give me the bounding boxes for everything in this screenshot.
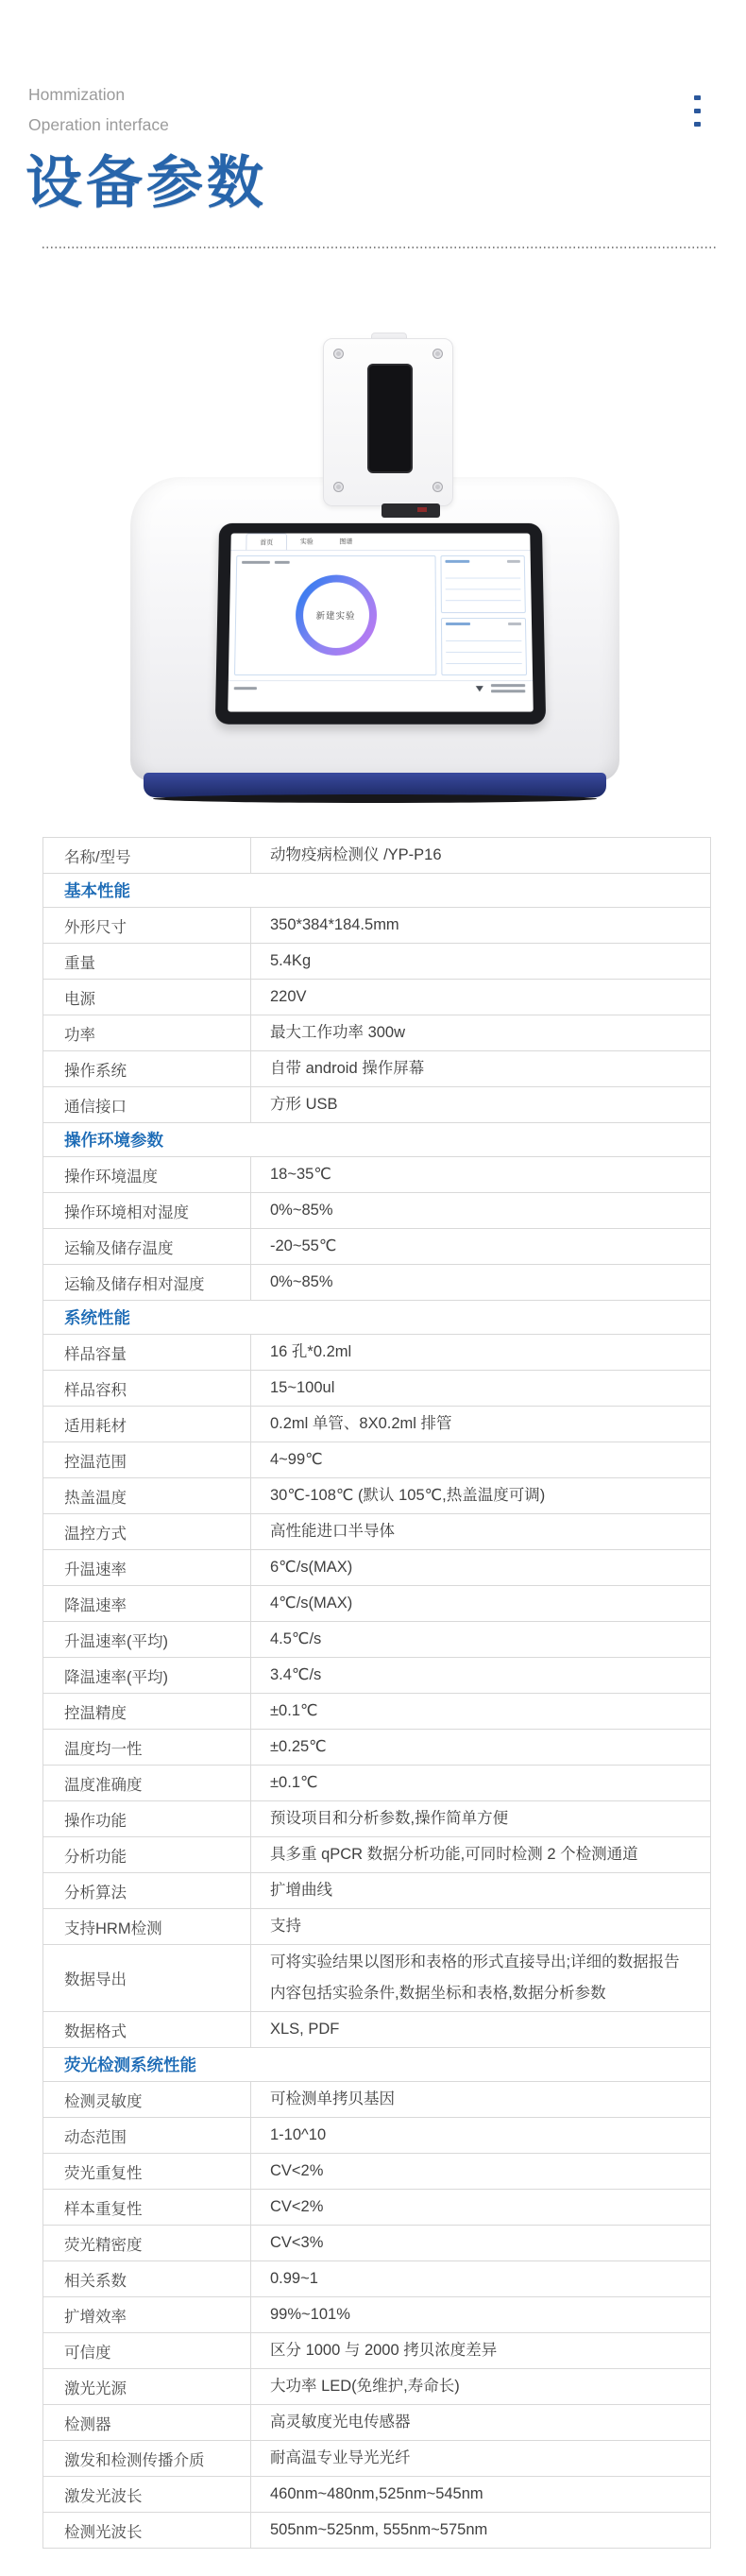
screen-tab: 图谱 (327, 534, 366, 550)
panel-list-lines (446, 568, 521, 608)
table-row: 激光光源大功率 LED(免维护,寿命长) (43, 2368, 710, 2404)
spec-value: CV<2% (251, 2190, 710, 2225)
panel-list-lines (446, 629, 522, 671)
screen-tab: 实验 (287, 534, 327, 550)
spec-label: 分析功能 (43, 1837, 251, 1872)
spec-label: 样本重复性 (43, 2190, 251, 2225)
spec-label: 外形尺寸 (43, 908, 251, 943)
panel-title-placeholder (446, 623, 470, 625)
spec-value: 高性能进口半导体 (251, 1514, 710, 1549)
spec-label: 数据导出 (43, 1945, 251, 2011)
spec-value: 大功率 LED(免维护,寿命长) (251, 2369, 710, 2404)
table-row: 样本重复性CV<2% (43, 2189, 710, 2225)
screw-icon (333, 482, 344, 492)
table-row: 降温速率(平均)3.4℃/s (43, 1657, 710, 1693)
spec-label: 控温精度 (43, 1694, 251, 1729)
spec-value: 6℃/s(MAX) (251, 1550, 710, 1585)
spec-value: 具多重 qPCR 数据分析功能,可同时检测 2 个检测通道 (251, 1837, 710, 1872)
device-lid-window (367, 364, 413, 473)
table-row: 激发和检测传播介质耐高温专业导光光纤 (43, 2440, 710, 2476)
table-row: 操作功能预设项目和分析参数,操作简单方便 (43, 1800, 710, 1836)
spec-value: XLS, PDF (251, 2012, 710, 2047)
menu-dot (694, 95, 701, 100)
spec-label: 温度准确度 (43, 1766, 251, 1800)
spec-label: 荧光重复性 (43, 2154, 251, 2189)
screen-date-placeholder (491, 690, 525, 692)
spec-value: 350*384*184.5mm (251, 908, 710, 943)
spec-label: 检测灵敏度 (43, 2082, 251, 2117)
spec-label: 样品容量 (43, 1335, 251, 1370)
table-row: 数据导出可将实验结果以图形和表格的形式直接导出;详细的数据报告内容包括实验条件,… (43, 1944, 710, 2011)
spec-label: 激光光源 (43, 2369, 251, 2404)
latch-detail (417, 507, 427, 512)
spec-label: 名称/型号 (43, 838, 251, 873)
spec-label: 操作功能 (43, 1801, 251, 1836)
spec-value: 3.4℃/s (251, 1658, 710, 1693)
spec-value: 扩增曲线 (251, 1873, 710, 1908)
spec-value: ±0.1℃ (251, 1766, 710, 1800)
section-title: 荧光检测系统性能 (43, 2048, 710, 2081)
table-row: 温度准确度±0.1℃ (43, 1765, 710, 1800)
spec-value: CV<3% (251, 2226, 710, 2260)
screen-side-panel (441, 618, 527, 676)
table-row: 激发光波长460nm~480nm,525nm~545nm (43, 2476, 710, 2512)
dotted-divider (42, 247, 716, 248)
panel-more-placeholder (508, 623, 521, 625)
new-experiment-ring: 新建实验 (295, 575, 376, 656)
spec-label: 支持HRM检测 (43, 1909, 251, 1944)
spec-value: 30℃-108℃ (默认 105℃,热盖温度可调) (251, 1478, 710, 1513)
spec-value: 可检测单拷贝基因 (251, 2082, 710, 2117)
spec-label: 运输及储存温度 (43, 1229, 251, 1264)
spec-label: 温度均一性 (43, 1730, 251, 1765)
section-row: 基本性能 (43, 873, 710, 907)
table-row: 功率最大工作功率 300w (43, 1015, 710, 1050)
spec-value: 1-10^10 (251, 2118, 710, 2153)
spec-label: 激发和检测传播介质 (43, 2441, 251, 2476)
table-row: 样品容量16 孔*0.2ml (43, 1334, 710, 1370)
spec-label: 升温速率(平均) (43, 1622, 251, 1657)
spec-label: 检测器 (43, 2405, 251, 2440)
panel-title-placeholder (445, 560, 469, 563)
table-row: 适用耗材0.2ml 单管、8X0.2ml 排管 (43, 1406, 710, 1442)
spec-label: 功率 (43, 1015, 251, 1050)
panel-more-placeholder (507, 560, 520, 563)
screen-user-placeholder (234, 687, 257, 690)
table-row: 通信接口方形 USB (43, 1086, 710, 1122)
spec-value: 99%~101% (251, 2297, 710, 2332)
table-row: 升温速率6℃/s(MAX) (43, 1549, 710, 1585)
spec-value: ±0.25℃ (251, 1730, 710, 1765)
section-row: 荧光检测系统性能 (43, 2047, 710, 2081)
ring-label: 新建实验 (315, 608, 355, 622)
table-row: 控温范围4~99℃ (43, 1442, 710, 1477)
spec-value: 4℃/s(MAX) (251, 1586, 710, 1621)
spec-label: 温控方式 (43, 1514, 251, 1549)
device-photo: 首页实验图谱 新建实验 (0, 274, 746, 822)
table-row: 荧光精密度CV<3% (43, 2225, 710, 2260)
device-screen-bezel: 首页实验图谱 新建实验 (215, 523, 546, 725)
spec-label: 数据格式 (43, 2012, 251, 2047)
spec-label: 降温速率(平均) (43, 1658, 251, 1693)
spec-value: 0.99~1 (251, 2261, 710, 2296)
table-row: 温度均一性±0.25℃ (43, 1729, 710, 1765)
screen-side-panel (440, 555, 525, 613)
spec-label: 控温范围 (43, 1442, 251, 1477)
screen-text-placeholder (242, 561, 270, 564)
spec-label: 升温速率 (43, 1550, 251, 1585)
table-row: 分析功能具多重 qPCR 数据分析功能,可同时检测 2 个检测通道 (43, 1836, 710, 1872)
page-header: Hommization Operation interface (28, 79, 169, 140)
table-row: 动态范围1-10^10 (43, 2117, 710, 2153)
table-row: 升温速率(平均)4.5℃/s (43, 1621, 710, 1657)
spec-value: 预设项目和分析参数,操作简单方便 (251, 1801, 710, 1836)
table-row: 操作环境温度18~35℃ (43, 1156, 710, 1192)
spec-label: 分析算法 (43, 1873, 251, 1908)
spec-label: 可信度 (43, 2333, 251, 2368)
spec-label: 运输及储存相对湿度 (43, 1265, 251, 1300)
screen-tab: 首页 (246, 534, 287, 551)
screen-time-placeholder (491, 684, 525, 687)
spec-label: 适用耗材 (43, 1407, 251, 1442)
spec-value: 方形 USB (251, 1087, 710, 1122)
table-row: 检测灵敏度可检测单拷贝基因 (43, 2081, 710, 2117)
table-row: 支持HRM检测支持 (43, 1908, 710, 1944)
spec-value: -20~55℃ (251, 1229, 710, 1264)
table-row: 电源220V (43, 979, 710, 1015)
spec-label: 激发光波长 (43, 2477, 251, 2512)
spec-label: 检测光波长 (43, 2513, 251, 2548)
product-spec-page: { "header": { "line1": "Hommization", "l… (0, 0, 746, 2576)
spec-value: 505nm~525nm, 555nm~575nm (251, 2513, 710, 2548)
spec-label: 操作环境相对湿度 (43, 1193, 251, 1228)
screw-icon (432, 349, 443, 359)
kebab-menu-icon (694, 95, 701, 135)
table-row: 热盖温度30℃-108℃ (默认 105℃,热盖温度可调) (43, 1477, 710, 1513)
section-row: 操作环境参数 (43, 1122, 710, 1156)
spec-label: 操作环境温度 (43, 1157, 251, 1192)
spec-value: 5.4Kg (251, 944, 710, 979)
spec-value: 220V (251, 980, 710, 1015)
device-screen: 首页实验图谱 新建实验 (228, 534, 534, 712)
device-shadow (153, 794, 597, 803)
header-line-1: Hommization (28, 79, 169, 110)
table-row: 控温精度±0.1℃ (43, 1693, 710, 1729)
table-row: 分析算法扩增曲线 (43, 1872, 710, 1908)
table-row: 运输及储存相对湿度0%~85% (43, 1264, 710, 1300)
screw-icon (333, 349, 344, 359)
spec-value: 0.2ml 单管、8X0.2ml 排管 (251, 1407, 710, 1442)
screen-statusbar (229, 680, 534, 696)
table-row: 可信度区分 1000 与 2000 拷贝浓度差异 (43, 2332, 710, 2368)
spec-value: 支持 (251, 1909, 710, 1944)
table-row: 操作系统自带 android 操作屏幕 (43, 1050, 710, 1086)
spec-label: 动态范围 (43, 2118, 251, 2153)
spec-label: 相关系数 (43, 2261, 251, 2296)
spec-label: 通信接口 (43, 1087, 251, 1122)
spec-value: 自带 android 操作屏幕 (251, 1051, 710, 1086)
spec-label: 降温速率 (43, 1586, 251, 1621)
header-line-2: Operation interface (28, 110, 169, 140)
table-row: 降温速率4℃/s(MAX) (43, 1585, 710, 1621)
table-row: 运输及储存温度-20~55℃ (43, 1228, 710, 1264)
section-title: 系统性能 (43, 1301, 710, 1334)
table-row: 样品容积15~100ul (43, 1370, 710, 1406)
table-row: 检测器高灵敏度光电传感器 (43, 2404, 710, 2440)
page-title: 设备参数 (25, 138, 267, 219)
spec-label: 重量 (43, 944, 251, 979)
spec-value: 0%~85% (251, 1193, 710, 1228)
spec-value: 18~35℃ (251, 1157, 710, 1192)
table-row: 数据格式XLS, PDF (43, 2011, 710, 2047)
section-title: 操作环境参数 (43, 1123, 710, 1156)
table-row: 重量5.4Kg (43, 943, 710, 979)
spec-value: 可将实验结果以图形和表格的形式直接导出;详细的数据报告内容包括实验条件,数据坐标… (251, 1945, 710, 2011)
spec-value: 最大工作功率 300w (251, 1015, 710, 1050)
spec-label: 样品容积 (43, 1371, 251, 1406)
screw-icon (432, 482, 443, 492)
table-row: 扩增效率99%~101% (43, 2296, 710, 2332)
spec-value: 动物疫病检测仪 /YP-P16 (251, 838, 710, 873)
screen-text-placeholder (275, 561, 290, 564)
spec-value: 区分 1000 与 2000 拷贝浓度差异 (251, 2333, 710, 2368)
spec-value: 高灵敏度光电传感器 (251, 2405, 710, 2440)
table-row: 荧光重复性CV<2% (43, 2153, 710, 2189)
table-row: 相关系数0.99~1 (43, 2260, 710, 2296)
spec-value: 0%~85% (251, 1265, 710, 1300)
spec-value: ±0.1℃ (251, 1694, 710, 1729)
spec-value: 16 孔*0.2ml (251, 1335, 710, 1370)
device-lid-latch (381, 503, 440, 518)
table-row: 检测光波长505nm~525nm, 555nm~575nm (43, 2512, 710, 2548)
spec-label: 荧光精密度 (43, 2226, 251, 2260)
screen-tabbar: 首页实验图谱 (230, 534, 530, 552)
menu-dot (694, 109, 701, 113)
wifi-icon (476, 686, 483, 691)
menu-dot (694, 122, 701, 127)
table-row: 外形尺寸350*384*184.5mm (43, 907, 710, 943)
spec-value: 耐高温专业导光光纤 (251, 2441, 710, 2476)
table-row: 操作环境相对湿度0%~85% (43, 1192, 710, 1228)
spec-value: 460nm~480nm,525nm~545nm (251, 2477, 710, 2512)
spec-value: CV<2% (251, 2154, 710, 2189)
device-lid-module (323, 338, 453, 506)
table-row: 名称/型号动物疫病检测仪 /YP-P16 (43, 838, 710, 873)
spec-label: 电源 (43, 980, 251, 1015)
screen-main-panel: 新建实验 (234, 555, 436, 675)
spec-label: 操作系统 (43, 1051, 251, 1086)
section-row: 系统性能 (43, 1300, 710, 1334)
spec-table: 名称/型号动物疫病检测仪 /YP-P16基本性能外形尺寸350*384*184.… (42, 837, 711, 2549)
table-row: 温控方式高性能进口半导体 (43, 1513, 710, 1549)
spec-value: 4.5℃/s (251, 1622, 710, 1657)
spec-value: 4~99℃ (251, 1442, 710, 1477)
spec-label: 热盖温度 (43, 1478, 251, 1513)
spec-value: 15~100ul (251, 1371, 710, 1406)
section-title: 基本性能 (43, 874, 710, 907)
spec-label: 扩增效率 (43, 2297, 251, 2332)
